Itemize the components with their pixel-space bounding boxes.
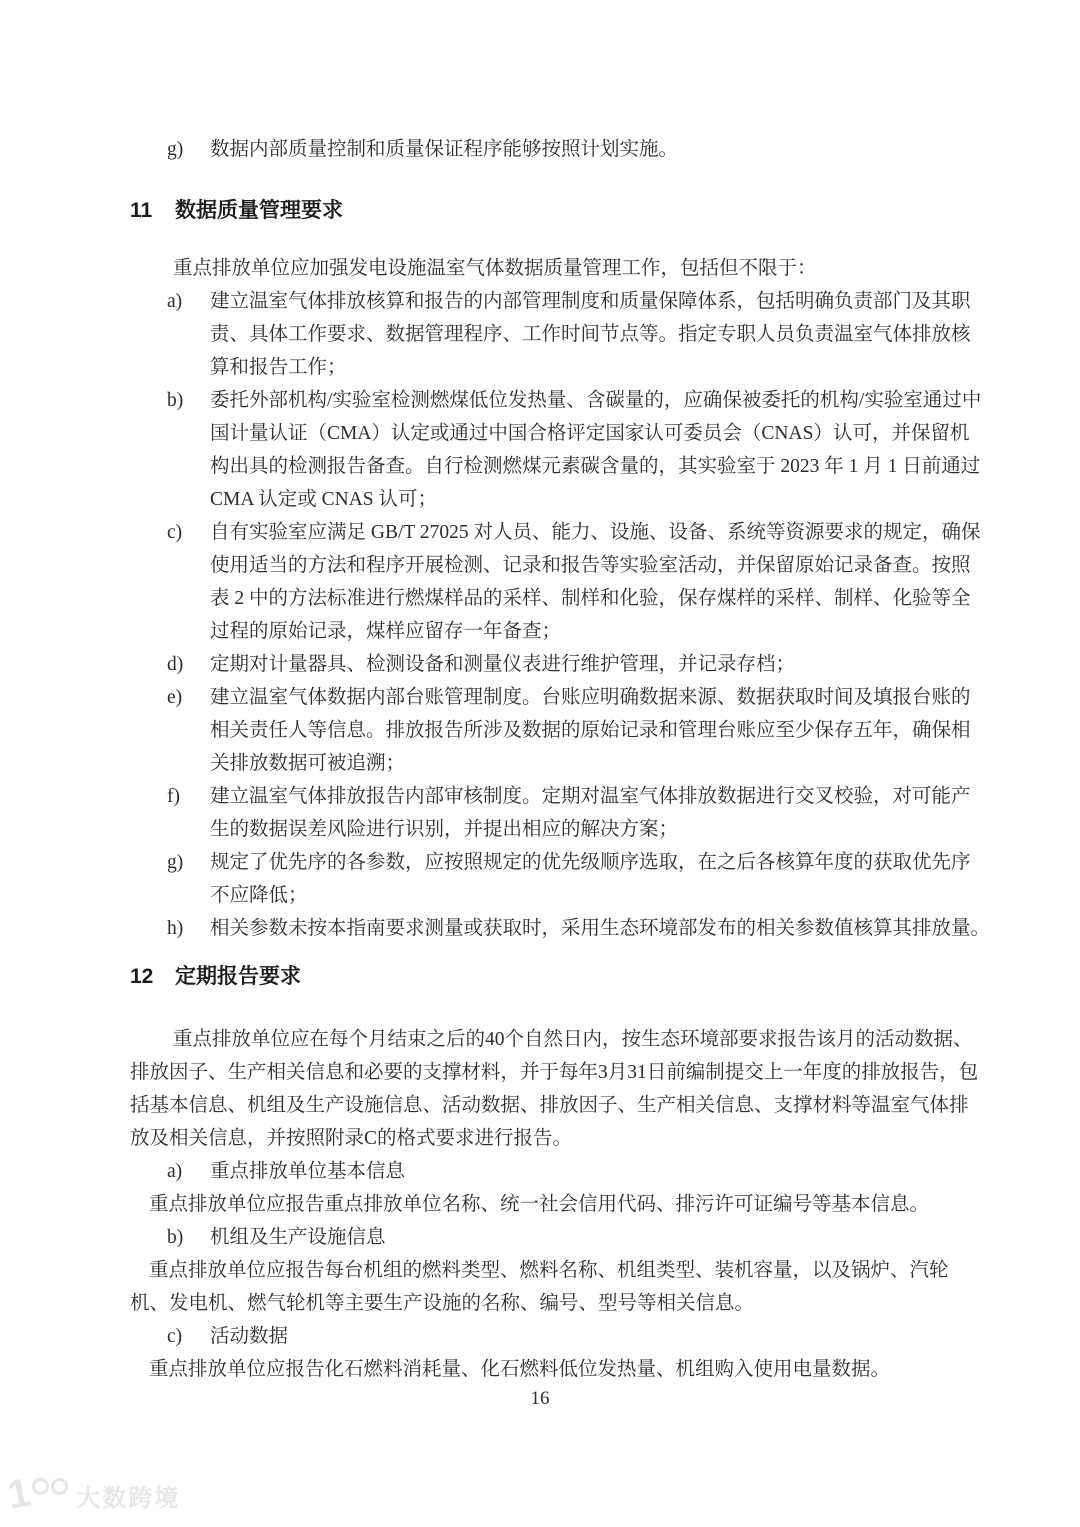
section-number: 12 (130, 960, 175, 993)
page-number: 16 (0, 1382, 1080, 1415)
list-item-label: a) (167, 1155, 210, 1188)
text-line: 自有实验室应满足 GB/T 27025 对人员、能力、设施、设备、系统等资源要求… (210, 516, 952, 549)
section-11-intro: 重点排放单位应加强发电设施温室气体数据质量管理工作，包括但不限于： (130, 252, 952, 285)
text-line: 括基本信息、机组及生产设施信息、活动数据、排放因子、生产相关信息、支撑材料等温室… (130, 1089, 952, 1122)
text-line: 国计量认证（CMA）认定或通过中国合格评定国家认可委员会（CNAS）认可，并保留… (210, 417, 952, 450)
text-line: 使用适当的方法和程序开展检测、记录和报告等实验室活动，并保留原始记录备查。按照 (210, 549, 952, 582)
list-item-label: c) (167, 1320, 210, 1353)
subsection-title: 重点排放单位基本信息 (210, 1155, 952, 1188)
subsection-item-c: c) 活动数据 (130, 1320, 952, 1353)
list-item-label: b) (167, 1221, 210, 1254)
section-11-heading: 11 数据质量管理要求 (130, 194, 952, 227)
text-line: 机、发电机、燃气轮机等主要生产设施的名称、编号、型号等相关信息。 (130, 1287, 952, 1320)
list-item-h: h) 相关参数未按本指南要求测量或获取时，采用生态环境部发布的相关参数值核算其排… (130, 912, 952, 945)
text-line: 定期对计量器具、检测设备和测量仪表进行维护管理，并记录存档； (210, 648, 952, 681)
text-line: 相关责任人等信息。排放报告所涉及数据的原始记录和管理台账应至少保存五年，确保相 (210, 714, 952, 747)
text-line: 数据内部质量控制和质量保证程序能够按照计划实施。 (210, 139, 678, 160)
text-line: 表 2 中的方法标准进行燃煤样品的采样、制样和化验，保存煤样的采样、制样、化验等… (210, 582, 952, 615)
text-line: 不应降低； (210, 879, 952, 912)
section-title: 数据质量管理要求 (175, 194, 343, 227)
text-line: 构出具的检测报告备查。自行检测燃煤元素碳含量的，其实验室于 2023 年 1 月… (210, 450, 952, 483)
list-item-label: h) (167, 912, 210, 945)
list-item-label: d) (167, 648, 210, 681)
text-line: 重点排放单位应报告每台机组的燃料类型、燃料名称、机组类型、装机容量，以及锅炉、汽… (130, 1254, 952, 1287)
text-line: 相关参数未按本指南要求测量或获取时，采用生态环境部发布的相关参数值核算其排放量。 (210, 912, 952, 945)
list-item-c: c) 自有实验室应满足 GB/T 27025 对人员、能力、设施、设备、系统等资… (130, 516, 952, 648)
text-line: 放及相关信息，并按照附录C的格式要求进行报告。 (130, 1122, 952, 1155)
document-body: g) 数据内部质量控制和质量保证程序能够按照计划实施。 11 数据质量管理要求 … (130, 133, 952, 1386)
list-item-g-prelude: g) 数据内部质量控制和质量保证程序能够按照计划实施。 (130, 133, 952, 166)
text-line: CMA 认定或 CNAS 认可； (210, 483, 952, 516)
subsection-item-a: a) 重点排放单位基本信息 (130, 1155, 952, 1188)
list-item-label: b) (167, 384, 210, 417)
list-item-g: g) 规定了优先序的各参数，应按照规定的优先级顺序选取，在之后各核算年度的获取优… (130, 846, 952, 912)
text-line: 重点排放单位应报告重点排放单位名称、统一社会信用代码、排污许可证编号等基本信息。 (130, 1188, 952, 1221)
section-12-intro: 重点排放单位应在每个月结束之后的40个自然日内，按生态环境部要求报告该月的活动数… (130, 1023, 952, 1155)
list-item-label: c) (167, 516, 210, 549)
subsection-title: 机组及生产设施信息 (210, 1221, 952, 1254)
subsection-item-b: b) 机组及生产设施信息 (130, 1221, 952, 1254)
text-line: 委托外部机构/实验室检测燃煤低位发热量、含碳量的，应确保被委托的机构/实验室通过… (210, 384, 952, 417)
text-line: 建立温室气体排放报告内部审核制度。定期对温室气体排放数据进行交叉校验，对可能产 (210, 780, 952, 813)
text-line: 规定了优先序的各参数，应按照规定的优先级顺序选取，在之后各核算年度的获取优先序 (210, 846, 952, 879)
text-line: 重点排放单位应在每个月结束之后的40个自然日内，按生态环境部要求报告该月的活动数… (130, 1023, 952, 1056)
subsection-title: 活动数据 (210, 1320, 952, 1353)
text-line: 建立温室气体数据内部台账管理制度。台账应明确数据来源、数据获取时间及填报台账的 (210, 681, 952, 714)
list-item-f: f) 建立温室气体排放报告内部审核制度。定期对温室气体排放数据进行交叉校验，对可… (130, 780, 952, 846)
list-item-b: b) 委托外部机构/实验室检测燃煤低位发热量、含碳量的，应确保被委托的机构/实验… (130, 384, 952, 516)
list-item-d: d) 定期对计量器具、检测设备和测量仪表进行维护管理，并记录存档； (130, 648, 952, 681)
list-item-a: a) 建立温室气体排放核算和报告的内部管理制度和质量保障体系，包括明确负责部门及… (130, 285, 952, 384)
list-item-label: f) (167, 780, 210, 813)
section-number: 11 (130, 194, 175, 227)
subsection-b-body: 重点排放单位应报告每台机组的燃料类型、燃料名称、机组类型、装机容量，以及锅炉、汽… (130, 1254, 952, 1320)
text-line: 关排放数据可被追溯； (210, 747, 952, 780)
list-item-label: g) (167, 133, 210, 166)
list-item-label: g) (167, 846, 210, 879)
subsection-a-body: 重点排放单位应报告重点排放单位名称、统一社会信用代码、排污许可证编号等基本信息。 (130, 1188, 952, 1221)
list-item-label: a) (167, 285, 210, 318)
watermark-100-logo-icon: 1 (8, 1474, 68, 1514)
watermark: 1 大数跨境 (8, 1474, 180, 1514)
text-line: 过程的原始记录，煤样应留存一年备查； (210, 615, 952, 648)
watermark-text: 大数跨境 (76, 1484, 180, 1514)
text-line: 排放因子、生产相关信息和必要的支撑材料，并于每年3月31日前编制提交上一年度的排… (130, 1056, 952, 1089)
text-line: 建立温室气体排放核算和报告的内部管理制度和质量保障体系，包括明确负责部门及其职 (210, 285, 952, 318)
section-title: 定期报告要求 (175, 960, 301, 993)
text-line: 责、具体工作要求、数据管理程序、工作时间节点等。指定专职人员负责温室气体排放核 (210, 318, 952, 351)
text-line: 算和报告工作； (210, 351, 952, 384)
list-item-label: e) (167, 681, 210, 714)
section-12-heading: 12 定期报告要求 (130, 960, 952, 993)
list-item-e: e) 建立温室气体数据内部台账管理制度。台账应明确数据来源、数据获取时间及填报台… (130, 681, 952, 780)
text-line: 生的数据误差风险进行识别，并提出相应的解决方案； (210, 813, 952, 846)
